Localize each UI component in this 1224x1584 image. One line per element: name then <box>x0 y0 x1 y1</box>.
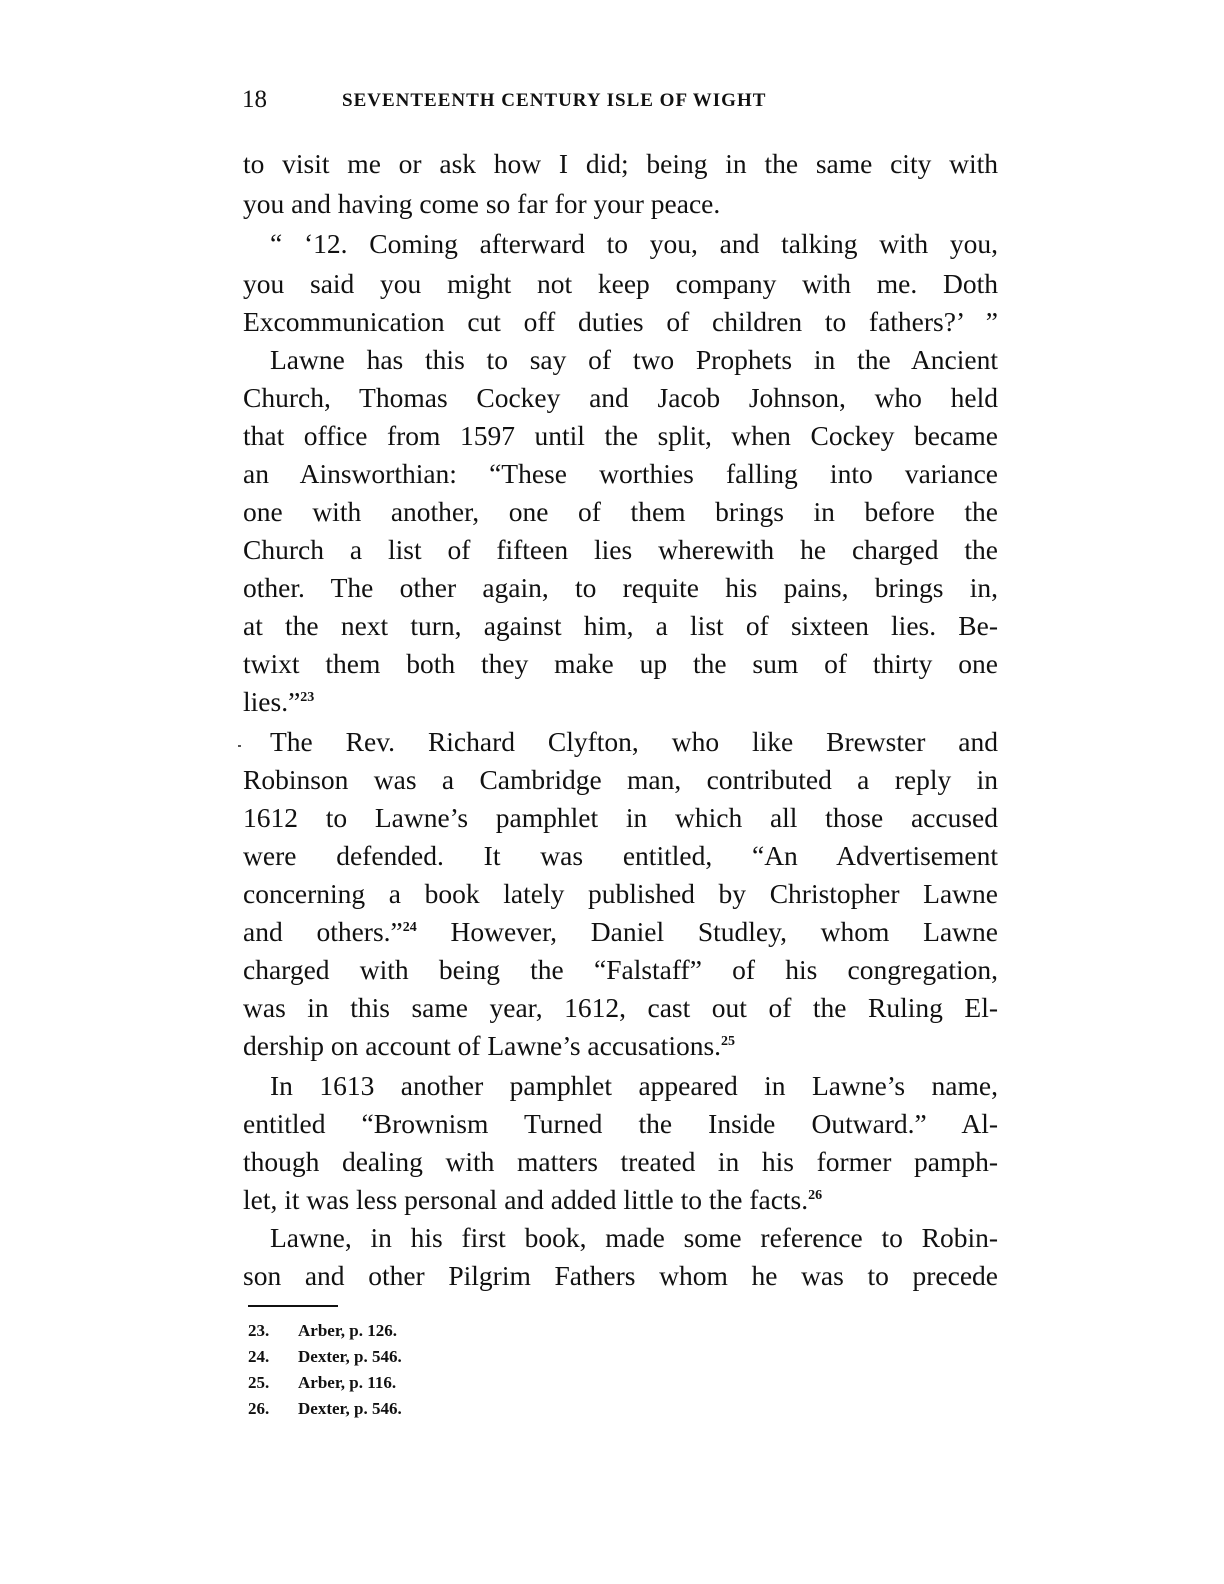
text-line: Robinson was a Cambridge man, contribute… <box>243 761 998 799</box>
text-line: lies.”23 <box>243 683 998 721</box>
line-text: Lawne, in his first book, made some refe… <box>270 1222 998 1253</box>
text-line: The Rev. Richard Clyfton, who like Brews… <box>270 723 998 761</box>
text-line: “ ‘12. Coming afterward to you, and talk… <box>270 225 998 263</box>
text-line: twixt them both they make up the sum of … <box>243 645 998 683</box>
line-text: let, it was less personal and added litt… <box>243 1184 808 1215</box>
line-text: In 1613 another pamphlet appeared in Law… <box>270 1070 998 1101</box>
text-line: other. The other again, to requite his p… <box>243 569 998 607</box>
line-text: Church a list of fifteen lies wherewith … <box>243 534 998 565</box>
text-line: you said you might not keep company with… <box>243 265 998 303</box>
text-line: let, it was less personal and added litt… <box>243 1181 998 1219</box>
text-line: Excommunication cut off duties of childr… <box>243 303 998 341</box>
text-line: Lawne, in his first book, made some refe… <box>270 1219 998 1257</box>
text-line: was in this same year, 1612, cast out of… <box>243 989 998 1027</box>
footnote-number: 26. <box>248 1396 298 1422</box>
text-line: Church, Thomas Cockey and Jacob Johnson,… <box>243 379 998 417</box>
text-line: though dealing with matters treated in h… <box>243 1143 998 1181</box>
line-text: entitled “Brownism Turned the Inside Out… <box>243 1108 998 1139</box>
line-text: and others.” <box>243 916 403 947</box>
text-line: son and other Pilgrim Fathers whom he wa… <box>243 1257 998 1295</box>
footnote-rule <box>248 1305 338 1307</box>
line-text: to visit me or ask how I did; being in t… <box>243 148 998 179</box>
text-line: charged with being the “Falstaff” of his… <box>243 951 998 989</box>
line-text: Excommunication cut off duties of childr… <box>243 306 998 337</box>
line-text: dership on account of Lawne’s accusation… <box>243 1030 721 1061</box>
line-text: Lawne has this to say of two Prophets in… <box>270 344 998 375</box>
line-text: The Rev. Richard Clyfton, who like Brews… <box>270 726 998 757</box>
line-text: concerning a book lately published by Ch… <box>243 878 998 909</box>
footnote-24: 24.Dexter, p. 546. <box>248 1344 402 1370</box>
text-line: that office from 1597 until the split, w… <box>243 417 998 455</box>
page-header: 18 SEVENTEENTH CENTURY ISLE OF WIGHT <box>242 86 1002 120</box>
text-line: Lawne has this to say of two Prophets in… <box>270 341 998 379</box>
line-text: twixt them both they make up the sum of … <box>243 648 998 679</box>
line-text: Church, Thomas Cockey and Jacob Johnson,… <box>243 382 998 413</box>
footnote-reference: 24 <box>403 920 417 935</box>
line-text: “ ‘12. Coming afterward to you, and talk… <box>270 228 998 259</box>
footnote-text: Arber, p. 126. <box>298 1321 397 1340</box>
text-line: to visit me or ask how I did; being in t… <box>243 145 998 183</box>
footnote-reference: 25 <box>721 1034 735 1049</box>
line-text: other. The other again, to requite his p… <box>243 572 998 603</box>
line-text: were defended. It was entitled, “An Adve… <box>243 840 998 871</box>
line-text: an Ainsworthian: “These worthies falling… <box>243 458 998 489</box>
line-text: though dealing with matters treated in h… <box>243 1146 998 1177</box>
text-line: at the next turn, against him, a list of… <box>243 607 998 645</box>
footnote-text: Dexter, p. 546. <box>298 1399 402 1418</box>
running-title: SEVENTEENTH CENTURY ISLE OF WIGHT <box>342 90 766 112</box>
line-text: son and other Pilgrim Fathers whom he wa… <box>243 1260 998 1291</box>
footnote-reference: 26 <box>808 1188 822 1203</box>
footnote-number: 23. <box>248 1318 298 1344</box>
line-text: charged with being the “Falstaff” of his… <box>243 954 998 985</box>
line-text: at the next turn, against him, a list of… <box>243 610 998 641</box>
line-text: that office from 1597 until the split, w… <box>243 420 998 451</box>
text-line: and others.”24 However, Daniel Studley, … <box>243 913 998 951</box>
line-text: was in this same year, 1612, cast out of… <box>243 992 998 1023</box>
footnote-number: 25. <box>248 1370 298 1396</box>
line-text: you said you might not keep company with… <box>243 268 998 299</box>
text-line: In 1613 another pamphlet appeared in Law… <box>270 1067 998 1105</box>
footnote-25: 25.Arber, p. 116. <box>248 1370 396 1396</box>
text-line: you and having come so far for your peac… <box>243 185 998 223</box>
line-text-continued: However, Daniel Studley, whom Lawne <box>417 916 998 947</box>
text-line: 1612 to Lawne’s pamphlet in which all th… <box>243 799 998 837</box>
line-text: you and having come so far for your peac… <box>243 188 720 219</box>
text-line: dership on account of Lawne’s accusation… <box>243 1027 998 1065</box>
line-text: Robinson was a Cambridge man, contribute… <box>243 764 998 795</box>
text-line: one with another, one of them brings in … <box>243 493 998 531</box>
text-line: were defended. It was entitled, “An Adve… <box>243 837 998 875</box>
footnote-reference: 23 <box>300 690 314 705</box>
line-text: one with another, one of them brings in … <box>243 496 998 527</box>
page-number: 18 <box>242 86 267 114</box>
text-line: entitled “Brownism Turned the Inside Out… <box>243 1105 998 1143</box>
line-text: 1612 to Lawne’s pamphlet in which all th… <box>243 802 998 833</box>
footnote-text: Dexter, p. 546. <box>298 1347 402 1366</box>
footnote-26: 26.Dexter, p. 546. <box>248 1396 402 1422</box>
line-text: lies.” <box>243 686 300 717</box>
scan-speck <box>238 745 241 747</box>
text-line: an Ainsworthian: “These worthies falling… <box>243 455 998 493</box>
text-line: Church a list of fifteen lies wherewith … <box>243 531 998 569</box>
footnote-text: Arber, p. 116. <box>298 1373 396 1392</box>
footnote-number: 24. <box>248 1344 298 1370</box>
footnote-23: 23.Arber, p. 126. <box>248 1318 397 1344</box>
book-page: 18 SEVENTEENTH CENTURY ISLE OF WIGHT to … <box>0 0 1224 1584</box>
text-line: concerning a book lately published by Ch… <box>243 875 998 913</box>
